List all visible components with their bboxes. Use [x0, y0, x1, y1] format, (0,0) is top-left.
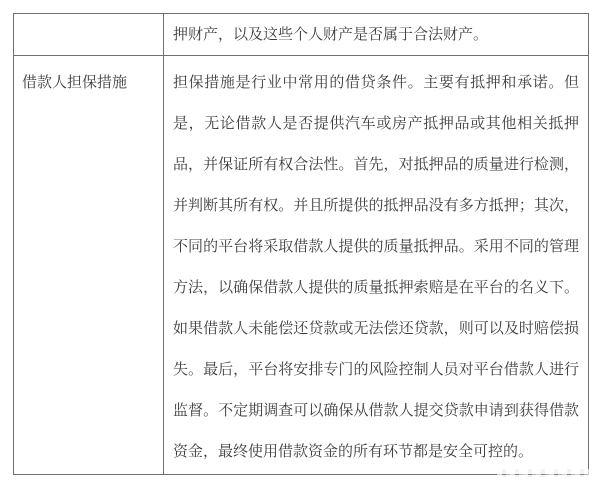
row-label-cell: [14, 14, 164, 56]
guarantee-measures-table: 押财产，以及这些个人财产是否属于合法财产。 借款人担保措施 担保措施是行业中常用…: [13, 13, 589, 475]
table-row: 借款人担保措施 担保措施是行业中常用的借贷条件。主要有抵押和承诺。但是，无论借款…: [14, 56, 589, 475]
row-label-cell: 借款人担保措施: [14, 56, 164, 475]
row-content-cell: 担保措施是行业中常用的借贷条件。主要有抵押和承诺。但是，无论借款人是否提供汽车或…: [164, 56, 589, 475]
document-page: 押财产，以及这些个人财产是否属于合法财产。 借款人担保措施 担保措施是行业中常用…: [0, 0, 600, 492]
row-content-cell: 押财产，以及这些个人财产是否属于合法财产。: [164, 14, 589, 56]
table-row: 押财产，以及这些个人财产是否属于合法财产。: [14, 14, 589, 56]
